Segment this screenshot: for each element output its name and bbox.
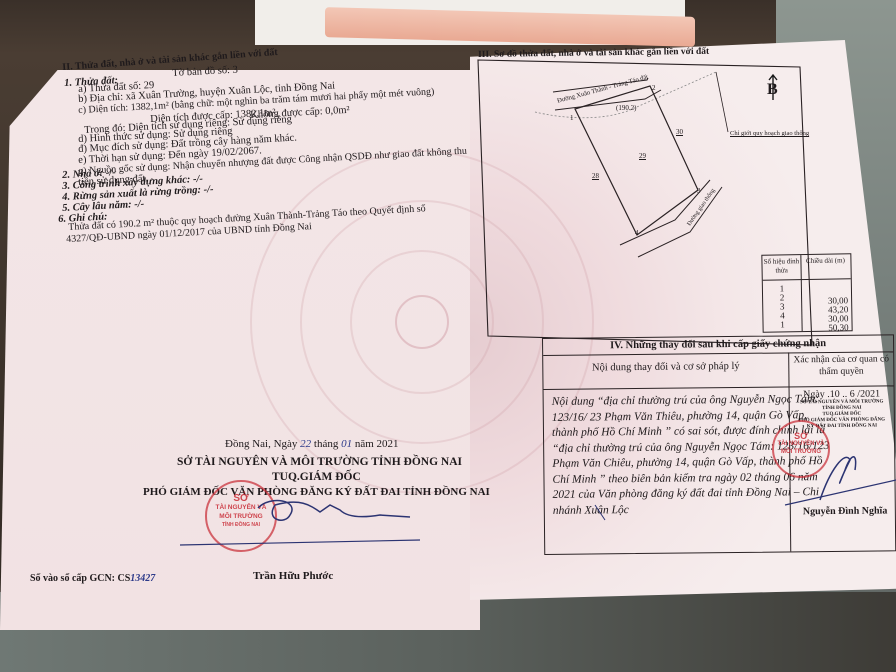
confirmation-signature	[0, 0, 896, 672]
land-use-certificate: II. Thửa đất, nhà ở và tài sản khác gắn …	[0, 0, 896, 672]
